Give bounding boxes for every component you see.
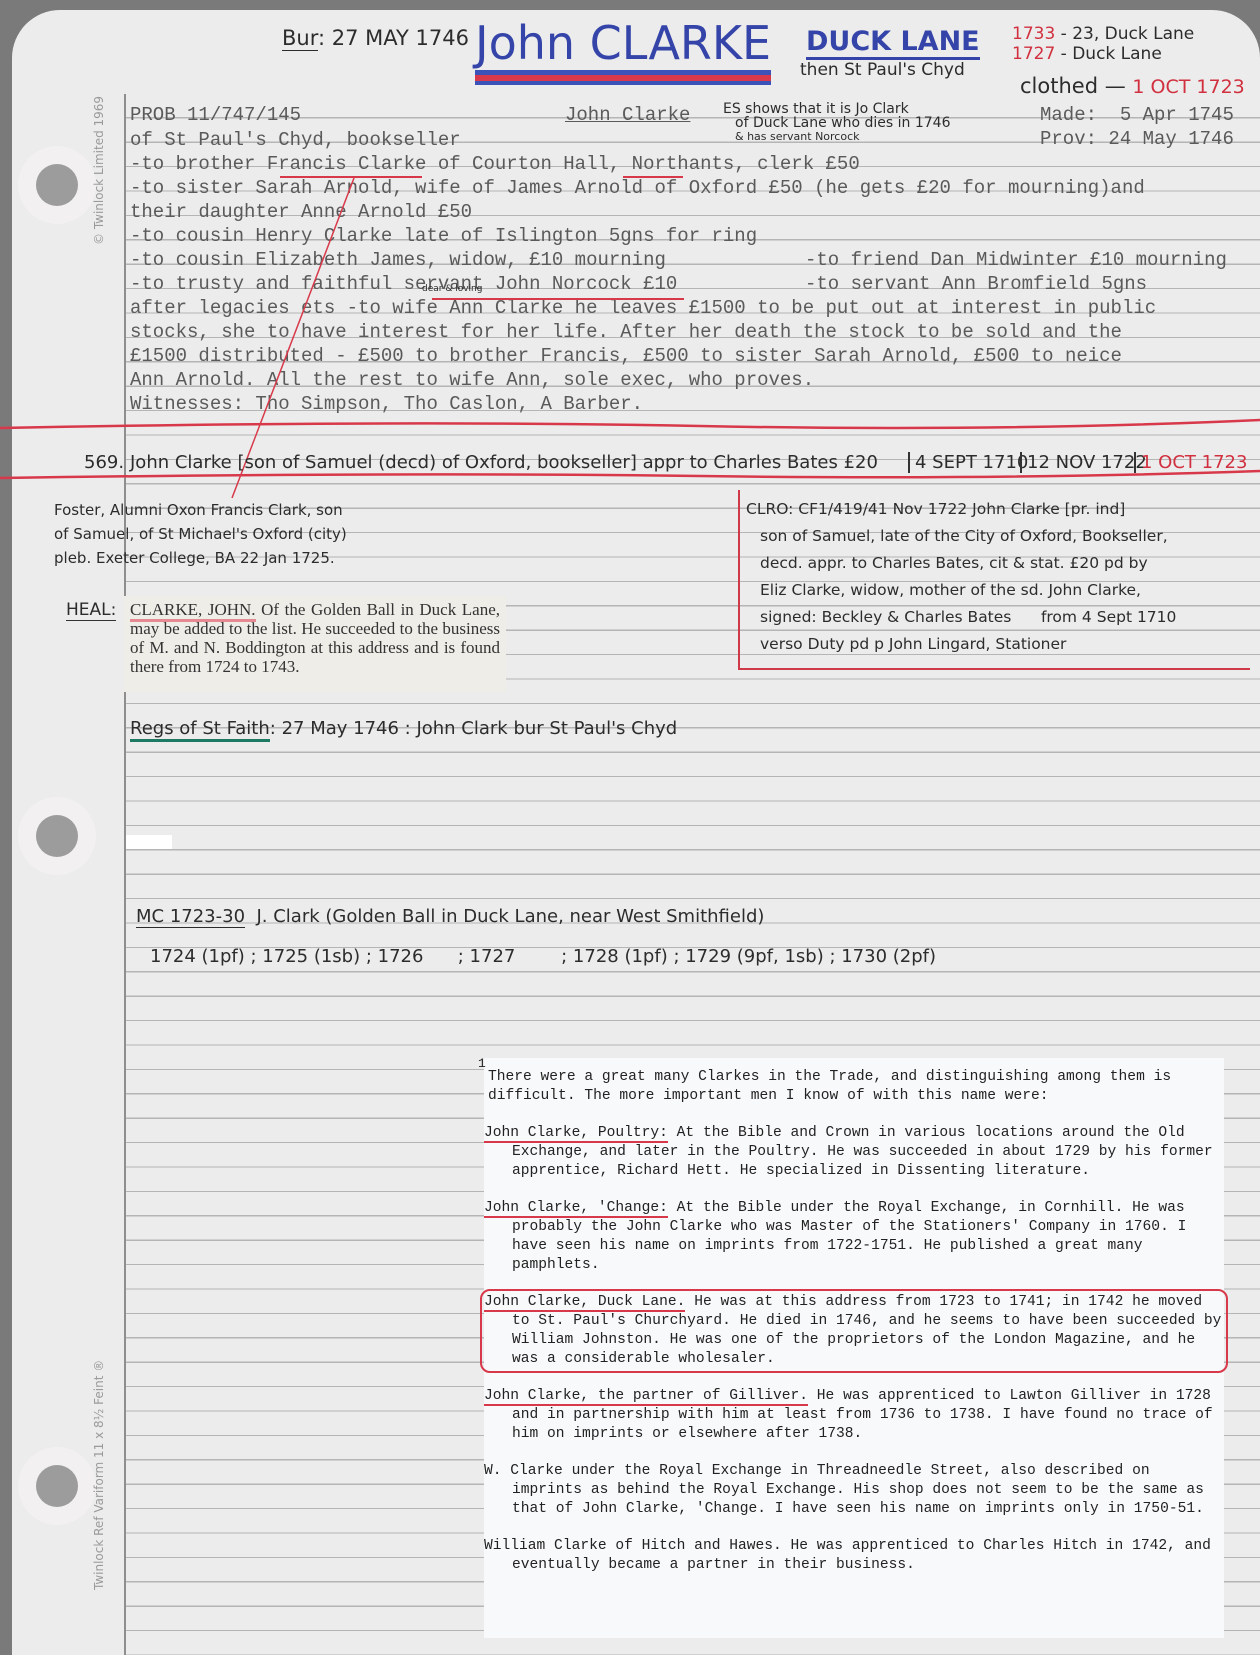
- entry-head: John Clarke, Poultry:: [484, 1125, 668, 1143]
- clro-line: signed: Beckley & Charles Bates from 4 S…: [746, 604, 1176, 631]
- mc-line: MC 1723-30 J. Clark (Golden Ball in Duck…: [136, 906, 764, 927]
- footnote-entry: John Clarke, 'Change: At the Bible under…: [484, 1199, 1224, 1275]
- footnote-entry-highlighted: John Clarke, Duck Lane. He was at this a…: [484, 1293, 1224, 1369]
- mc-text: J. Clark (Golden Ball in Duck Lane, near…: [256, 906, 764, 927]
- apprentice-number: 569.: [84, 452, 124, 473]
- heal-clipping: CLARKE, JOHN. Of the Golden Ball in Duck…: [124, 596, 506, 692]
- clro-line: Eliz Clarke, widow, mother of the sd. Jo…: [746, 577, 1176, 604]
- regs-label: Regs of St Faith: [130, 718, 270, 742]
- apprentice-freed: 12 NOV 1722: [1020, 452, 1147, 473]
- entry-head: W. Clarke: [484, 1463, 563, 1479]
- mc-years: 1724 (1pf) ; 1725 (1sb) ; 1726 ; 1727 ; …: [150, 946, 936, 967]
- entry-text: under the Royal Exchange in Threadneedle…: [512, 1463, 1204, 1517]
- footnote-entry: W. Clarke under the Royal Exchange in Th…: [484, 1462, 1224, 1519]
- entry-head: John Clarke, 'Change:: [484, 1200, 668, 1218]
- entry-head: John Clarke, the partner of Gilliver.: [484, 1388, 808, 1406]
- clro-line: verso Duty pd p John Lingard, Stationer: [746, 631, 1176, 658]
- clro-note: CLRO: CF1/419/41 Nov 1722 John Clarke [p…: [746, 496, 1176, 658]
- apprentice-text: John Clarke [son of Samuel (decd) of Oxf…: [130, 452, 878, 473]
- heal-label: HEAL:: [66, 600, 116, 621]
- whiteout: [126, 835, 172, 849]
- clro-line: decd. appr. to Charles Bates, cit & stat…: [746, 550, 1176, 577]
- entry-text: of Hitch and Hawes. He was apprenticed t…: [512, 1538, 1211, 1573]
- clro-line: son of Samuel, late of the City of Oxfor…: [746, 523, 1176, 550]
- foster-line: of Samuel, of St Michael's Oxford (city): [54, 522, 347, 546]
- foster-line: pleb. Exeter College, BA 22 Jan 1725.: [54, 546, 347, 570]
- foster-note: Foster, Alumni Oxon Francis Clark, son o…: [54, 498, 347, 570]
- entry-head: John Clarke, Duck Lane.: [484, 1294, 685, 1312]
- clro-line: CLRO: CF1/419/41 Nov 1722 John Clarke [p…: [746, 496, 1176, 523]
- foster-line: Foster, Alumni Oxon Francis Clark, son: [54, 498, 347, 522]
- footnote-intro: There were a great many Clarkes in the T…: [484, 1068, 1224, 1106]
- apprentice-clothed: 1 OCT 1723: [1134, 452, 1247, 473]
- footnote-entry: William Clarke of Hitch and Hawes. He wa…: [484, 1537, 1224, 1575]
- footnote-entry: John Clarke, the partner of Gilliver. He…: [484, 1387, 1224, 1444]
- mc-label: MC 1723-30: [136, 906, 245, 928]
- regs-line: Regs of St Faith: 27 May 1746 : John Cla…: [130, 718, 677, 739]
- footnote-entry: John Clarke, Poultry: At the Bible and C…: [484, 1124, 1224, 1181]
- footnote-marker: 1: [478, 1054, 486, 1073]
- entry-head: William Clarke: [484, 1538, 607, 1554]
- regs-text: : 27 May 1746 : John Clark bur St Paul's…: [270, 718, 677, 739]
- footnote-sheet: 1 There were a great many Clarkes in the…: [484, 1058, 1224, 1638]
- apprentice-bound: 4 SEPT 1710: [908, 452, 1028, 473]
